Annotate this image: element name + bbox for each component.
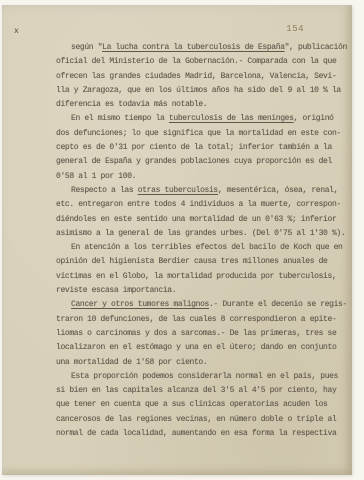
text-line: asimismo a la general de las grandes urb… (56, 227, 346, 241)
text-segment: lla y Zaragoza, que en los últimos años … (56, 86, 341, 95)
text-segment: ", publicación (285, 43, 347, 52)
text-line: lla y Zaragoza, que en los últimos años … (56, 84, 346, 98)
text-line: En el mismo tiempo la tuberculosis de la… (56, 112, 346, 126)
text-line: traron 10 defunciones, de las cuales 8 c… (56, 313, 346, 327)
text-segment: general de España y grandes poblaciones … (56, 157, 332, 166)
text-segment: opinión del higienista Berdier causa tre… (56, 257, 328, 266)
text-segment: reviste escasa importancia. (56, 286, 176, 295)
text-segment: asimismo a la general de las grandes urb… (56, 229, 345, 238)
text-segment: cepto es de 0'31 por ciento de la total;… (56, 143, 332, 152)
text-segment: Esta proporción podemos considerarla nor… (71, 372, 338, 381)
text-line: etc. entregaron entre todos 4 individuos… (56, 198, 346, 212)
text-line: cepto es de 0'31 por ciento de la total;… (56, 141, 346, 155)
text-line: oficial del Ministerio de la Gobernación… (56, 55, 346, 69)
text-line: según "La lucha contra la tuberculosis d… (56, 41, 346, 55)
underlined-text-segment: otras tuberculosis (138, 186, 218, 195)
text-segment: , originó (294, 114, 334, 123)
text-segment: si bien en las capitales alcanza del 3'5… (56, 386, 336, 395)
text-line: una mortalidad de 1'58 por ciento. (56, 356, 346, 370)
text-segment: una mortalidad de 1'58 por ciento. (56, 358, 207, 367)
underlined-text-segment: Cancer y otros tumores malignos (71, 300, 209, 309)
text-segment: diferencia es todavía más notable. (56, 100, 207, 109)
text-segment: En el mismo tiempo la (71, 114, 169, 123)
scanned-document-page: { "page": { "number": "154", "margin_mar… (0, 0, 364, 480)
text-line: si bien en las capitales alcanza del 3'5… (56, 384, 346, 398)
page-number: 154 (286, 24, 304, 34)
text-segment: oficial del Ministerio de la Gobernación… (56, 57, 336, 66)
text-line: Respecto a las otras tuberculosis, mesen… (56, 184, 346, 198)
text-segment: normal de cada localidad, aumentando en … (56, 429, 336, 438)
text-line: localizaron en el estómago y una en el ú… (56, 341, 346, 355)
text-line: cancerosos de las regiones vecinas, en n… (56, 413, 346, 427)
underlined-text-segment: tuberculosis de las meninges (169, 114, 294, 123)
text-segment: localizaron en el estómago y una en el ú… (56, 343, 336, 352)
text-line: víctimas en el Globo, la mortalidad prod… (56, 270, 346, 284)
text-line: opinión del higienista Berdier causa tre… (56, 255, 346, 269)
text-segment: En atención a los terribles efectos del … (71, 243, 343, 252)
text-line: Cancer y otros tumores malignos.- Durant… (56, 298, 346, 312)
text-segment: diéndoles en este sentido una mortalidad… (56, 215, 336, 224)
text-segment: 0'58 al 1 por 100. (56, 172, 136, 181)
text-line: general de España y grandes poblaciones … (56, 155, 346, 169)
text-line: que tener en cuenta que a sus clínicas o… (56, 398, 346, 412)
text-segment: traron 10 defunciones, de las cuales 8 c… (56, 315, 336, 324)
paper-sheet: x 154 según "La lucha contra la tubercul… (2, 5, 352, 475)
text-segment: liomas o carcinomas y dos a sarcomas.- D… (56, 329, 336, 338)
text-segment: que tener en cuenta que a sus clínicas o… (56, 400, 328, 409)
text-line: En atención a los terribles efectos del … (56, 241, 346, 255)
text-segment: , mesentérica, ósea, renal, (218, 186, 338, 195)
text-segment: etc. entregaron entre todos 4 individuos… (56, 200, 341, 209)
text-line: reviste escasa importancia. (56, 284, 346, 298)
text-line: diéndoles en este sentido una mortalidad… (56, 213, 346, 227)
typewritten-text-block: según "La lucha contra la tuberculosis d… (56, 41, 346, 441)
text-line: dos defunciones; lo que significa que la… (56, 127, 346, 141)
underlined-text-segment: La lucha contra la tuberculosis de Españ… (102, 43, 284, 52)
text-segment: dos defunciones; lo que significa que la… (56, 129, 341, 138)
text-segment: según " (71, 43, 102, 52)
text-line: 0'58 al 1 por 100. (56, 170, 346, 184)
text-segment: cancerosos de las regiones vecinas, en n… (56, 415, 336, 424)
text-line: Esta proporción podemos considerarla nor… (56, 370, 346, 384)
text-segment: ofrecen las grandes ciudades Madrid, Bar… (56, 72, 336, 81)
margin-mark: x (14, 27, 19, 36)
text-segment: víctimas en el Globo, la mortalidad prod… (56, 272, 336, 281)
text-line: ofrecen las grandes ciudades Madrid, Bar… (56, 70, 346, 84)
text-line: liomas o carcinomas y dos a sarcomas.- D… (56, 327, 346, 341)
text-segment: Respecto a las (71, 186, 138, 195)
text-line: diferencia es todavía más notable. (56, 98, 346, 112)
text-line: normal de cada localidad, aumentando en … (56, 427, 346, 441)
text-segment: .- Durante el decenio se regis- (209, 300, 347, 309)
